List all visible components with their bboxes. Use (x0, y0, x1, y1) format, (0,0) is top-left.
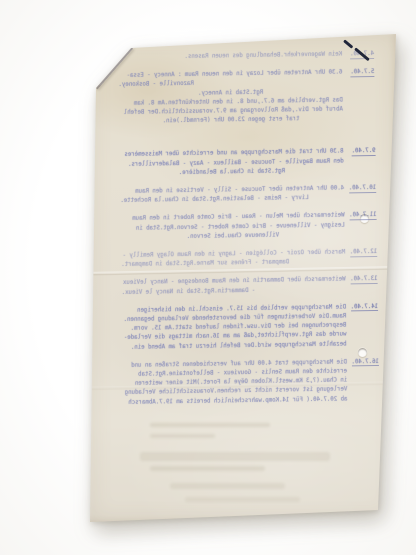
entry-body: Weitermarsch über Dammartin in den Raum … (122, 276, 346, 298)
paper-sheet: 4.7.40.Kein Wagenverkehr.Behandlung des … (88, 32, 398, 524)
diary-entry: 5.7.40.6.30 Uhr Antreten über Lozay in d… (118, 68, 375, 127)
photo-backdrop: { "page": { "background_color": "#f7f6f3… (0, 0, 416, 555)
entry-date: 9.7.40. (344, 147, 376, 157)
diary-entry: 12.7.40.Marsch über Ozoir - Collégien - … (121, 248, 377, 270)
entry-body: Marsch über Ozoir - Collégien - Lagny in… (121, 249, 345, 271)
ghost-smudge (185, 497, 300, 502)
entry-date: 16.7.40. (347, 358, 379, 368)
diary-entry: 9.7.40.8.30 Uhr trat die Marschgruppe an… (120, 147, 376, 179)
ghost-smudge (150, 466, 265, 471)
diary-entry: 4.7.40.Kein Wagenverkehr.Behandlung des … (118, 50, 374, 63)
entry-date: 12.7.40. (345, 248, 377, 258)
paper-shadow-wrap: 4.7.40.Kein Wagenverkehr.Behandlung des … (0, 0, 416, 555)
entry-body: Weitermarsch über Melun - Reau - Brie Co… (121, 212, 345, 243)
entry-date: 5.7.40. (342, 68, 374, 78)
entry-body: Die Marschgruppe verblieb bis 15.7. eins… (122, 303, 347, 353)
entry-line: Kein Wagenverkehr.Behandlung des neuen R… (118, 50, 342, 63)
diary-entry: 16.7.40.Die Marschgruppe trat 4.00 Uhr a… (123, 358, 380, 408)
diary-entry: 13.7.40.Weitermarsch über Dammartin in d… (122, 275, 378, 297)
entry-date: 10.7.40. (344, 184, 376, 194)
diary-entry: 11.7.40.Weitermarsch über Melun - Reau -… (121, 211, 377, 243)
entry-date: 13.7.40. (346, 275, 378, 285)
entry-body: 6.30 Uhr Antreten über Lozay in den neue… (118, 69, 343, 128)
ghost-smudge (170, 483, 285, 489)
entry-body: 8.30 Uhr trat die Marschgruppe an und er… (120, 148, 344, 179)
diary-entry: 14.7.40.Die Marschgruppe verblieb bis 15… (122, 303, 379, 353)
entry-body: Kein Wagenverkehr.Behandlung des neuen R… (118, 50, 342, 63)
ghost-smudge (140, 452, 330, 461)
diary-entry: 10.7.40.4.00 Uhr Antreten über Toucuse -… (120, 184, 376, 206)
ghost-smudge (150, 434, 215, 438)
entry-date: 14.7.40. (346, 303, 378, 313)
entry-date: 11.7.40. (345, 211, 377, 221)
entry-body: 4.00 Uhr Antreten über Toucuse - Silly -… (120, 185, 344, 207)
ghost-smudge (150, 423, 270, 427)
entry-body: Die Marschgruppe trat 4.00 Uhr auf versc… (123, 358, 348, 408)
diary-entries: 4.7.40.Kein Wagenverkehr.Behandlung des … (118, 50, 380, 417)
